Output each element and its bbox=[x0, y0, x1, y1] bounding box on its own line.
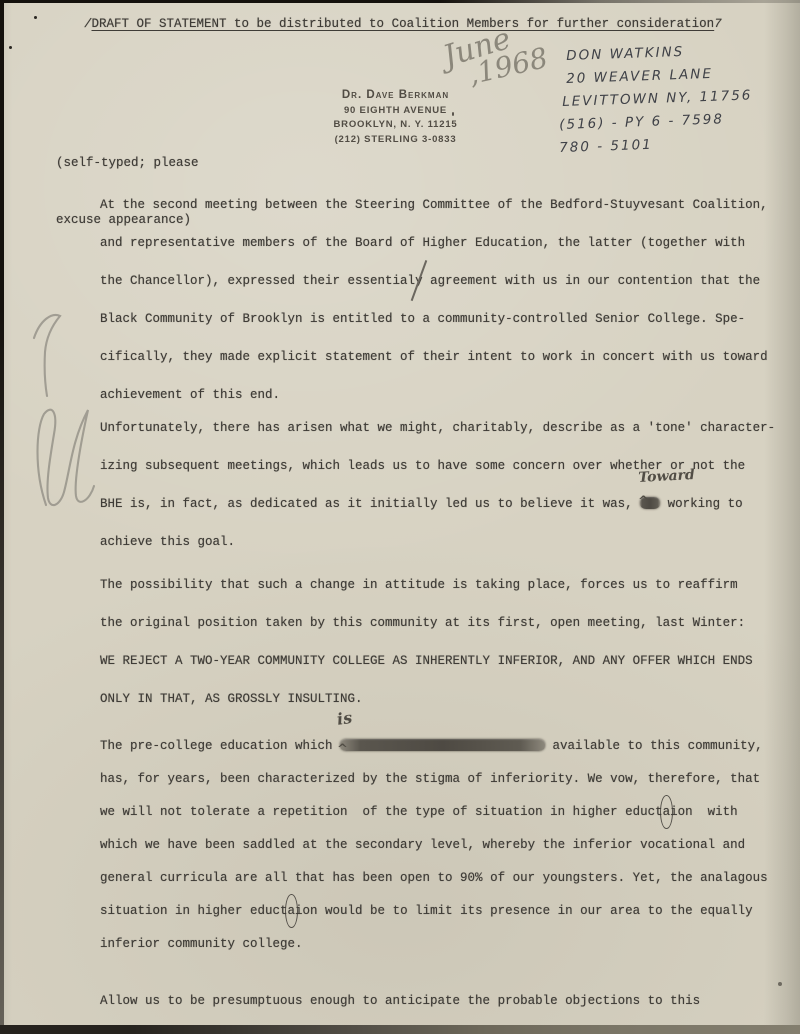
paragraph: Allow us to be presumptuous enough to an… bbox=[100, 982, 800, 1020]
typed-line: the Chancellor), expressed their essenti… bbox=[100, 262, 800, 300]
handwritten-contact-street: 20 WEAVER LANE bbox=[566, 68, 713, 87]
typed-line: the original position taken by this comm… bbox=[100, 604, 800, 642]
overtyped-correction: a bbox=[663, 796, 671, 829]
letterhead-phone: (212) STERLING 3-0833 bbox=[308, 134, 483, 145]
pencil-checkmark-icon bbox=[34, 315, 60, 396]
paragraph: At the second meeting between the Steeri… bbox=[100, 186, 800, 414]
draft-title: /DRAFT OF STATEMENT to be distributed to… bbox=[84, 15, 722, 33]
typed-line: BHE is, in fact, as dedicated as it init… bbox=[100, 485, 800, 523]
scan-edge-bottom bbox=[0, 1025, 800, 1034]
handwritten-contact-city: LEVITTOWN NY, 11756 bbox=[562, 89, 753, 109]
typed-line: general curricula are all that has been … bbox=[100, 862, 800, 895]
typed-line: WE REJECT A TWO-YEAR COMMUNITY COLLEGE A… bbox=[100, 642, 800, 680]
paragraph: The possibility that such a change in at… bbox=[100, 566, 800, 718]
typed-line: cifically, they made explicit statement … bbox=[100, 338, 800, 376]
typed-line: Allow us to be presumptuous enough to an… bbox=[100, 982, 800, 1020]
typed-line: has, for years, been characterized by th… bbox=[100, 763, 800, 796]
paragraph: Unfortunately, there has arisen what we … bbox=[100, 409, 800, 561]
letterhead-address: 90 EIGHTH AVENUE bbox=[308, 105, 483, 116]
struck-character: y bbox=[415, 262, 423, 300]
typed-line: At the second meeting between the Steeri… bbox=[100, 186, 800, 224]
paper-speck bbox=[452, 112, 454, 116]
typed-line: situation in higher eductaion would be t… bbox=[100, 895, 800, 928]
margin-pencil-marks bbox=[18, 300, 98, 520]
pencil-squiggle-icon bbox=[38, 410, 95, 505]
paragraph: The pre-college education which availabl… bbox=[100, 730, 800, 961]
handwritten-insert-toward: Toward bbox=[638, 468, 695, 485]
handwritten-contact-name: DON WATKINS bbox=[566, 46, 684, 64]
paper-speck bbox=[778, 982, 782, 986]
typed-line: which we have been saddled at the second… bbox=[100, 829, 800, 862]
paper-speck bbox=[9, 46, 12, 49]
typed-line: and representative members of the Board … bbox=[100, 224, 800, 262]
insert-caret: ^ bbox=[337, 743, 348, 756]
title-text: DRAFT OF STATEMENT to be distributed to … bbox=[92, 17, 715, 31]
typed-line: The pre-college education which availabl… bbox=[100, 730, 800, 763]
scan-edge-left bbox=[0, 0, 4, 1034]
letterhead-city: BROOKLYN, N. Y. 11215 bbox=[308, 119, 483, 130]
letterhead: Dr. Dave Berkman 90 EIGHTH AVENUE BROOKL… bbox=[308, 89, 483, 145]
typed-line: ONLY IN THAT, AS GROSSLY INSULTING. bbox=[100, 680, 800, 718]
typed-line: inferior community college. bbox=[100, 928, 800, 961]
handwritten-insert-is: is bbox=[336, 710, 353, 728]
typed-line: The possibility that such a change in at… bbox=[100, 566, 800, 604]
letterhead-name: Dr. Dave Berkman bbox=[308, 89, 483, 101]
handwritten-contact-phone-alt: 780 - 5101 bbox=[559, 139, 653, 156]
blacked-out-text bbox=[340, 739, 545, 751]
typed-line: achieve this goal. bbox=[100, 523, 800, 561]
self-typed-line: (self-typed; please bbox=[56, 154, 199, 173]
overtyped-correction: a bbox=[288, 895, 296, 928]
handwritten-contact-phone: (516) - PY 6 - 7598 bbox=[559, 113, 724, 132]
document-page: /DRAFT OF STATEMENT to be distributed to… bbox=[0, 0, 800, 1034]
scan-edge-top bbox=[0, 0, 800, 3]
typed-line: Black Community of Brooklyn is entitled … bbox=[100, 300, 800, 338]
insert-caret: ^ bbox=[638, 495, 649, 508]
typed-line: Unfortunately, there has arisen what we … bbox=[100, 409, 800, 447]
paper-speck bbox=[34, 16, 37, 19]
typed-line: we will not tolerate a repetition of the… bbox=[100, 796, 800, 829]
